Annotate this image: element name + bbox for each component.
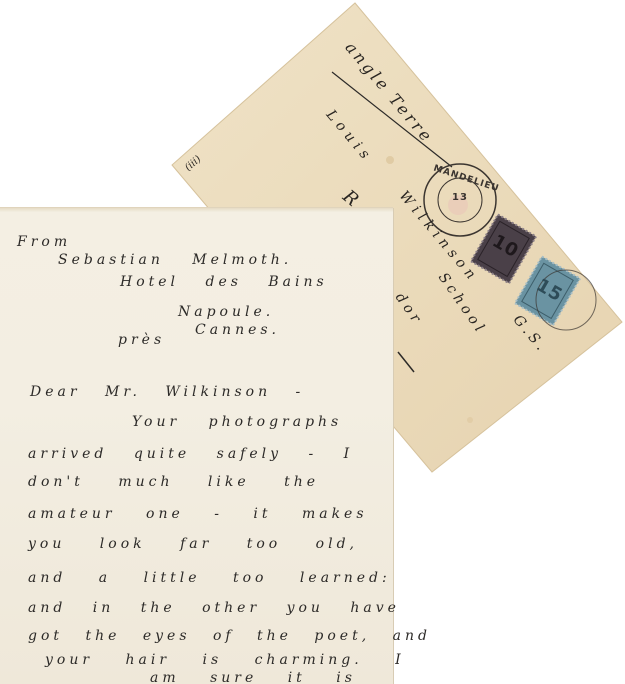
letter-hotel: Hotel des Bains bbox=[120, 274, 328, 290]
letter-sheet: From Sebastian Melmoth. Hotel des Bains … bbox=[0, 208, 393, 684]
letter-salutation: Dear Mr. Wilkinson - bbox=[30, 384, 304, 400]
letter-body-line: am sure it is bbox=[150, 670, 356, 684]
letter-from-label: From bbox=[17, 234, 71, 250]
postmark-date: 13 bbox=[452, 192, 468, 203]
letter-body-line: got the eyes of the poet, and bbox=[28, 628, 431, 644]
letter-body-line: don't much like the bbox=[28, 474, 319, 490]
letter-place: Napoule. bbox=[178, 304, 274, 320]
letter-body-line: arrived quite safely - I bbox=[28, 446, 353, 462]
letter-body-line: Your photographs bbox=[132, 414, 342, 430]
photo-scene: (iii) angle Terre Louis Wilkinson R Scho… bbox=[0, 0, 625, 684]
letter-sender-name: Sebastian Melmoth. bbox=[58, 252, 292, 268]
letter-near: près bbox=[118, 332, 165, 348]
letter-body-line: and in the other you have bbox=[28, 600, 400, 616]
letter-city: Cannes. bbox=[195, 322, 280, 338]
letter-body-line: you look far too old, bbox=[28, 536, 358, 552]
letter-body-line: amateur one - it makes bbox=[28, 506, 368, 522]
letter-body-line: your hair is charming. I bbox=[45, 652, 405, 668]
letter-body-line: and a little too learned: bbox=[28, 570, 391, 586]
